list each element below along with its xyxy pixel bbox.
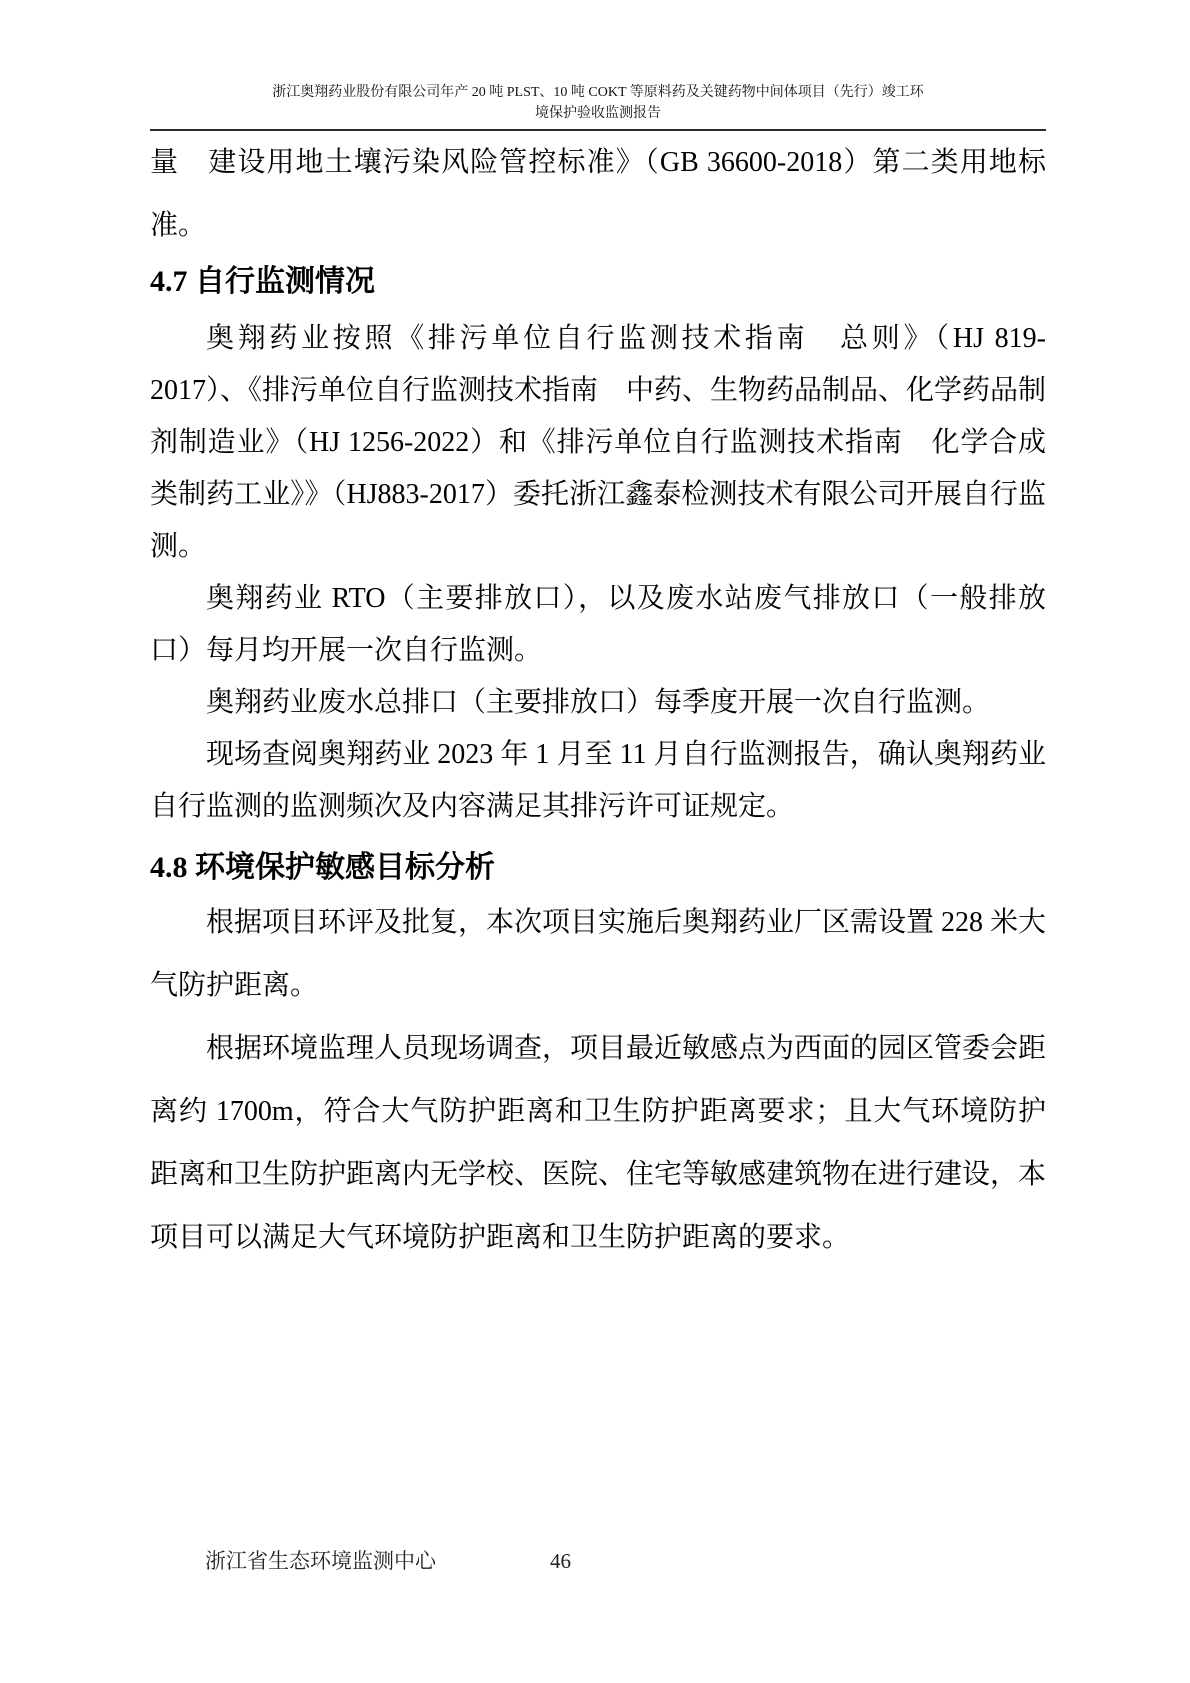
document-body: 量 建设用地土壤污染风险管控标准》（GB 36600-2018）第二类用地标准。… (150, 131, 1046, 1269)
header-title-line1: 浙江奥翔药业股份有限公司年产 20 吨 PLST、10 吨 COKT 等原料药及… (150, 82, 1046, 103)
paragraph-wastewater-quarterly-monitoring: 奥翔药业废水总排口（主要排放口）每季度开展一次自行监测。 (150, 677, 1046, 729)
paragraph-self-monitoring-guides: 奥翔药业按照《排污单位自行监测技术指南 总则》（HJ 819-2017）、《排污… (150, 313, 1046, 573)
paragraph-monitoring-report-review: 现场查阅奥翔药业 2023 年 1 月至 11 月自行监测报告，确认奥翔药业自行… (150, 729, 1046, 833)
section-heading-4-8: 4.8 环境保护敏感目标分析 (150, 847, 1046, 889)
paragraph-sensitive-targets: 根据环境监理人员现场调查，项目最近敏感点为西面的园区管委会距离约 1700m，符… (150, 1017, 1046, 1269)
section-heading-4-7: 4.7 自行监测情况 (150, 261, 1046, 303)
paragraph-rto-monthly-monitoring: 奥翔药业 RTO（主要排放口），以及废水站废气排放口（一般排放口）每月均开展一次… (150, 573, 1046, 677)
footer-page-number: 46 (550, 1548, 571, 1574)
footer-organization: 浙江省生态环境监测中心 (205, 1548, 436, 1574)
paragraph-protection-distance: 根据项目环评及批复，本次项目实施后奥翔药业厂区需设置 228 米大气防护距离。 (150, 891, 1046, 1017)
page-footer: 浙江省生态环境监测中心 46 (0, 1548, 1190, 1578)
header-title: 浙江奥翔药业股份有限公司年产 20 吨 PLST、10 吨 COKT 等原料药及… (150, 82, 1046, 124)
header-title-line2: 境保护验收监测报告 (150, 103, 1046, 124)
document-page: 浙江奥翔药业股份有限公司年产 20 吨 PLST、10 吨 COKT 等原料药及… (0, 0, 1190, 1683)
paragraph-continuation: 量 建设用地土壤污染风险管控标准》（GB 36600-2018）第二类用地标准。 (150, 131, 1046, 257)
